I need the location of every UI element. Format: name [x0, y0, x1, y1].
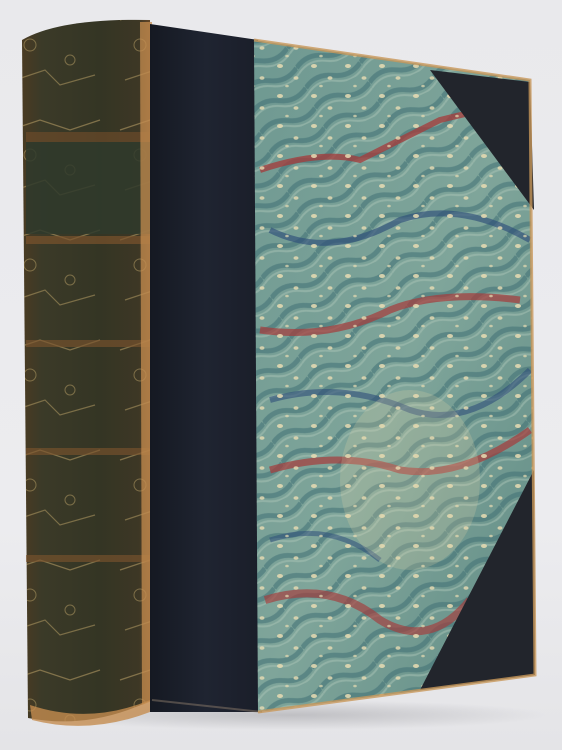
book-photo — [0, 0, 562, 750]
book-spine — [22, 20, 154, 726]
book-illustration — [0, 0, 562, 750]
cloth-hinge-band — [150, 24, 262, 712]
